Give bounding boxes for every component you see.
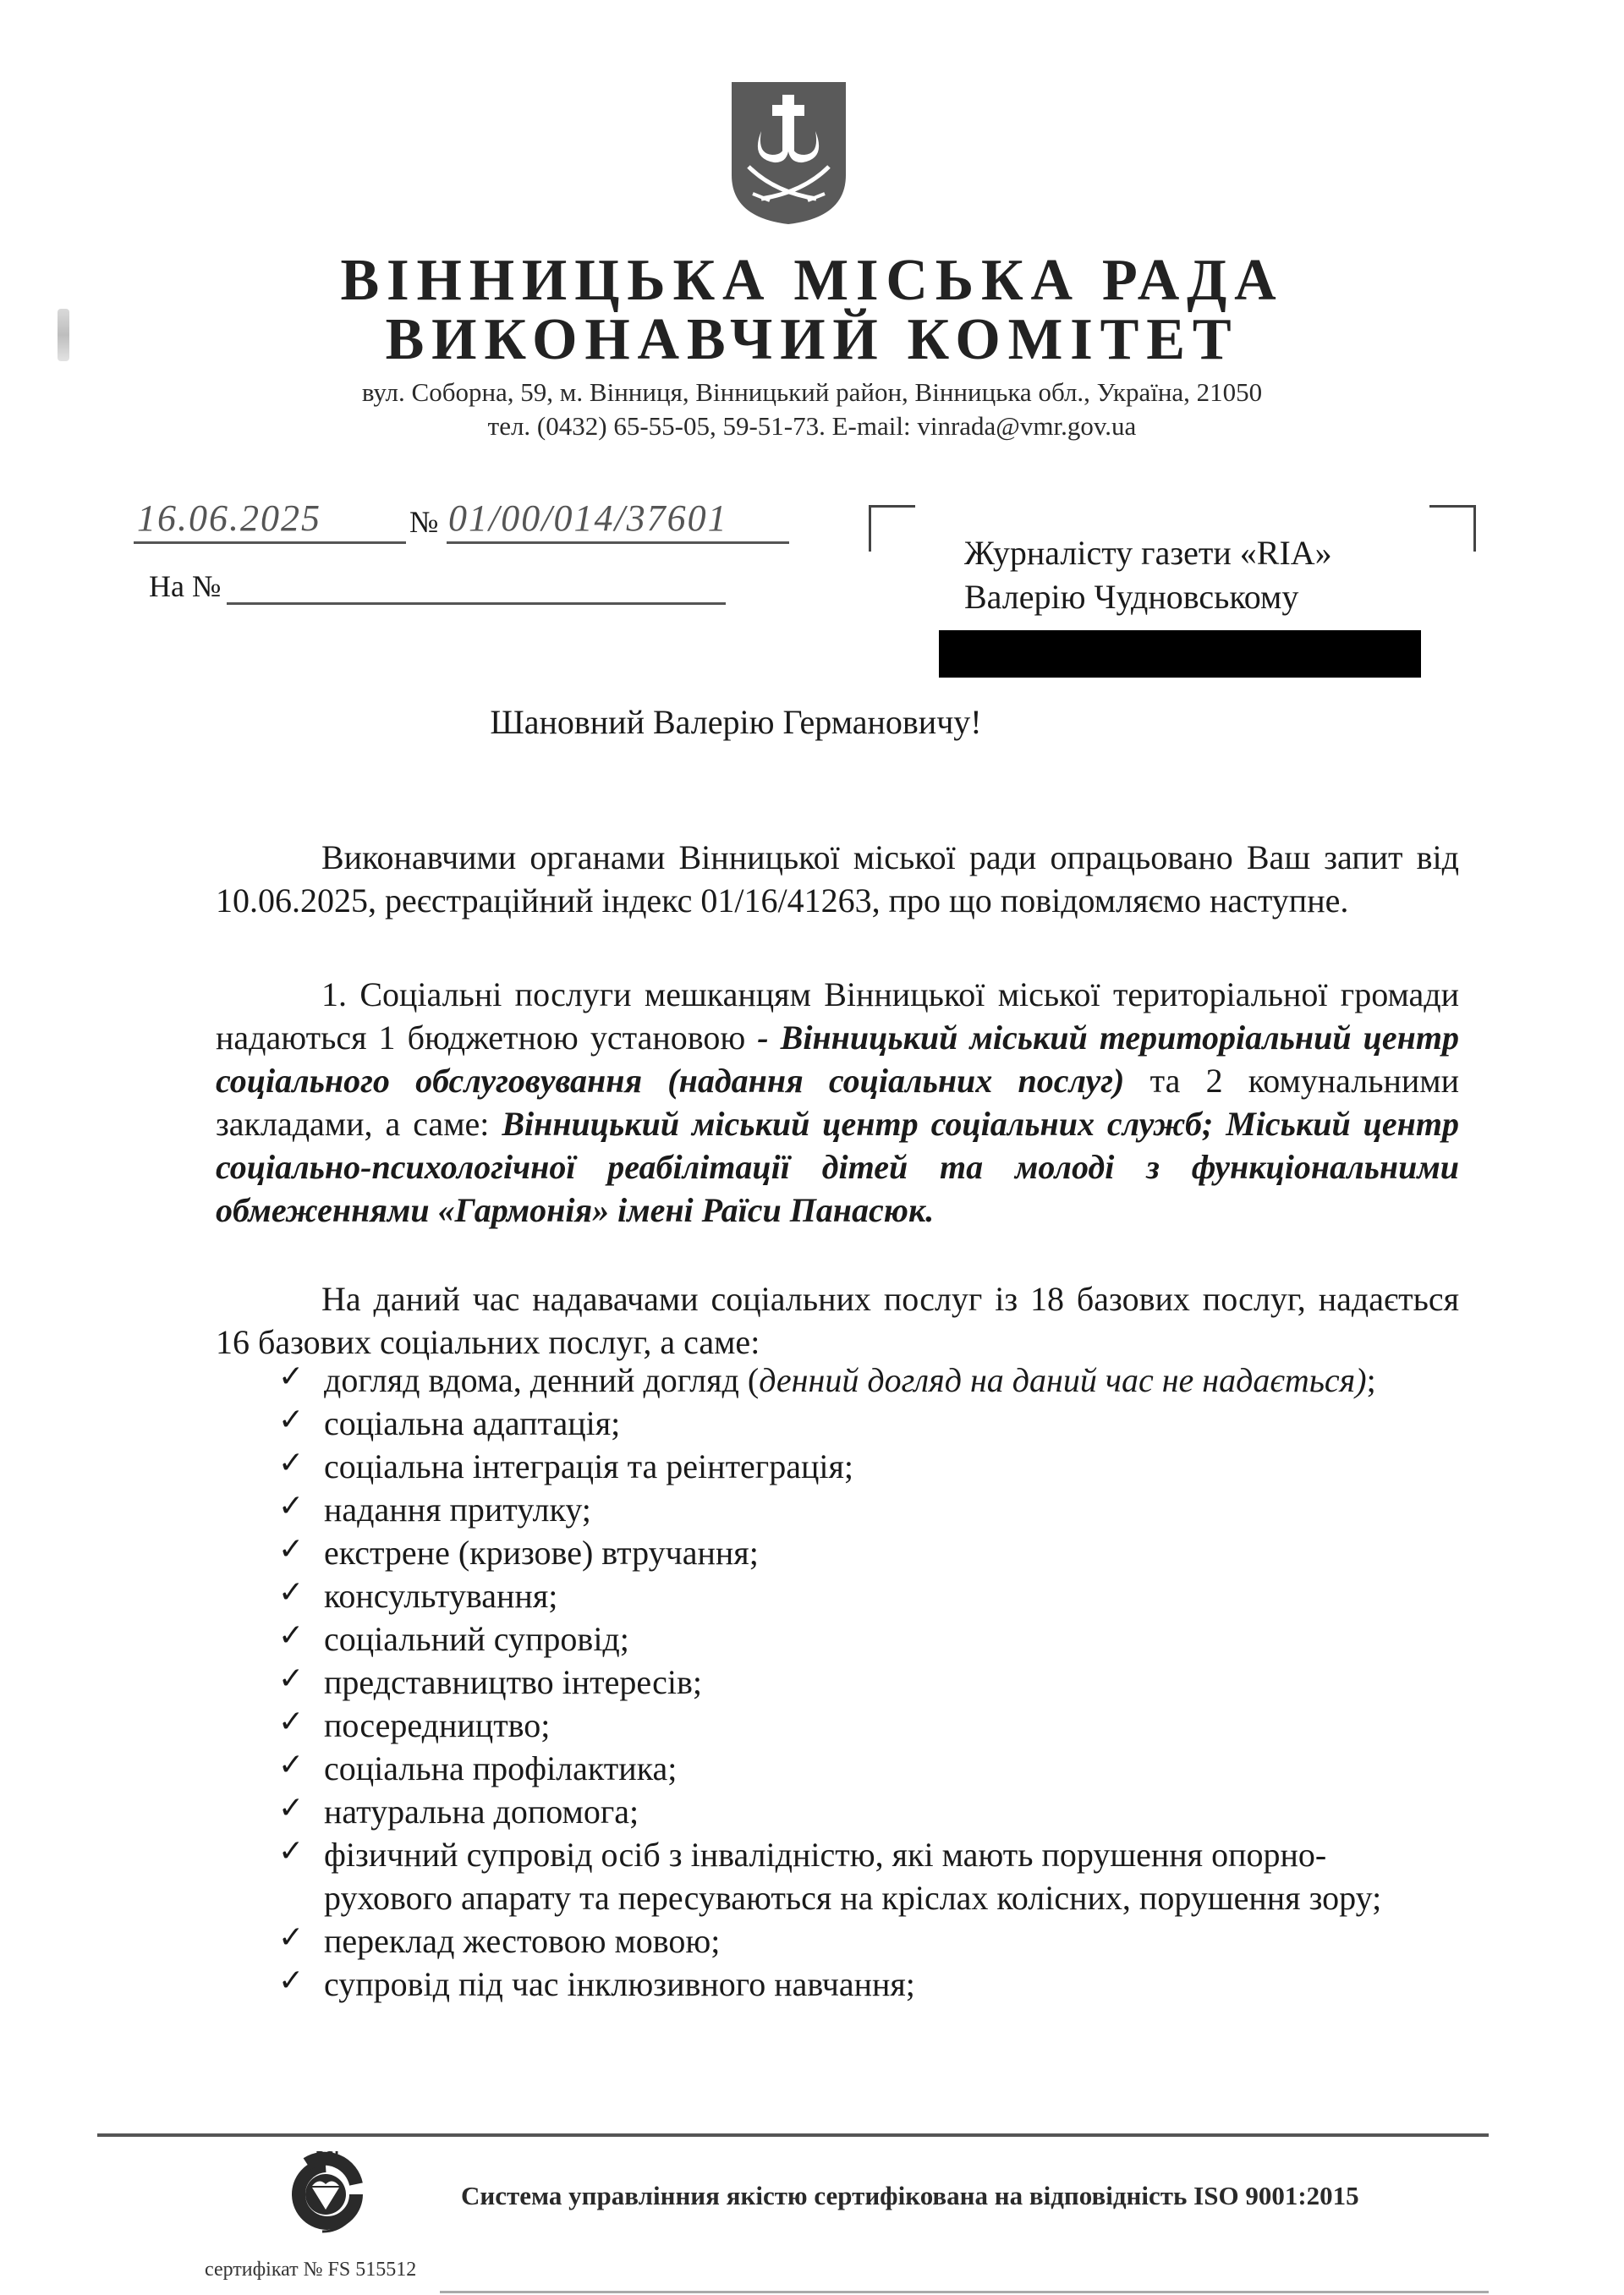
address-corner-right (1429, 505, 1476, 552)
services-list: ✓догляд вдома, денний догляд (денний дог… (275, 1359, 1442, 2006)
list-item: ✓соціальна адаптація; (275, 1402, 1442, 1445)
check-icon: ✓ (278, 1830, 304, 1873)
coat-of-arms-icon (732, 82, 846, 224)
list-item: ✓переклад жестовою мовою; (275, 1919, 1442, 1963)
org-subtitle: ВИКОНАВЧИЙ КОМІТЕТ (16, 306, 1608, 374)
address-corner-left (869, 505, 915, 552)
org-contacts: тел. (0432) 65-55-05, 59-51-73. E-mail: … (0, 411, 1624, 442)
list-item: ✓соціальна інтеграція та реінтеграція; (275, 1445, 1442, 1488)
list-item: ✓соціальний супровід; (275, 1617, 1442, 1661)
paragraph-intro: Виконавчими органами Вінницької міської … (216, 836, 1459, 922)
check-icon: ✓ (278, 1700, 304, 1743)
list-item: ✓догляд вдома, денний догляд (денний дог… (275, 1359, 1442, 1402)
org-title: ВІННИЦЬКА МІСЬКА РАДА (16, 247, 1608, 315)
certificate-number: сертифікат № FS 515512 (205, 2259, 416, 2281)
check-icon: ✓ (278, 1355, 304, 1398)
check-icon: ✓ (278, 1485, 304, 1528)
bottom-edge-line (440, 2291, 1489, 2293)
footer-divider (97, 2133, 1489, 2137)
outgoing-date: 16.06.2025 (137, 497, 321, 540)
paragraph-services-intro: На даний час надавачами соціальних послу… (216, 1277, 1459, 1364)
check-icon: ✓ (278, 1787, 304, 1830)
list-item: ✓супровід під час інклюзивного навчання; (275, 1963, 1442, 2006)
list-item: ✓посередництво; (275, 1704, 1442, 1747)
paragraph-providers: 1. Соціальні послуги мешканцям Вінницько… (216, 973, 1459, 1232)
org-address: вул. Соборна, 59, м. Вінниця, Вінницький… (0, 377, 1624, 408)
recipient-title: Журналісту газети «RIA» (964, 533, 1332, 573)
list-item: ✓надання притулку; (275, 1488, 1442, 1531)
number-label: № (409, 504, 438, 540)
check-icon: ✓ (278, 1398, 304, 1441)
outgoing-date-field: 16.06.2025 (134, 497, 406, 544)
check-icon: ✓ (278, 1571, 304, 1614)
recipient-name: Валерію Чудновському (964, 577, 1298, 617)
redaction-block (939, 630, 1421, 678)
list-item: ✓фізичний супровід осіб з інвалідністю, … (275, 1833, 1442, 1919)
list-item: ✓консультування; (275, 1574, 1442, 1617)
list-item: ✓соціальна профілактика; (275, 1747, 1442, 1790)
outgoing-number: 01/00/014/37601 (448, 497, 728, 540)
check-icon: ✓ (278, 1959, 304, 2002)
list-item: ✓натуральна допомога; (275, 1790, 1442, 1833)
iso-statement: Система управлінния якістю сертифікована… (461, 2181, 1359, 2211)
check-icon: ✓ (278, 1614, 304, 1657)
check-icon: ✓ (278, 1743, 304, 1787)
bsi-certification-icon: BSI (282, 2147, 370, 2236)
check-icon: ✓ (278, 1916, 304, 1959)
check-icon: ✓ (278, 1528, 304, 1571)
list-item: ✓представництво інтересів; (275, 1661, 1442, 1704)
svg-text:BSI: BSI (315, 2149, 339, 2164)
outgoing-number-field: 01/00/014/37601 (447, 497, 789, 544)
check-icon: ✓ (278, 1441, 304, 1485)
check-icon: ✓ (278, 1657, 304, 1700)
reply-to-label: На № (149, 568, 221, 604)
salutation: Шановний Валерію Германовичу! (0, 702, 1472, 742)
list-item: ✓екстрене (кризове) втручання; (275, 1531, 1442, 1574)
reply-to-field (227, 568, 726, 605)
